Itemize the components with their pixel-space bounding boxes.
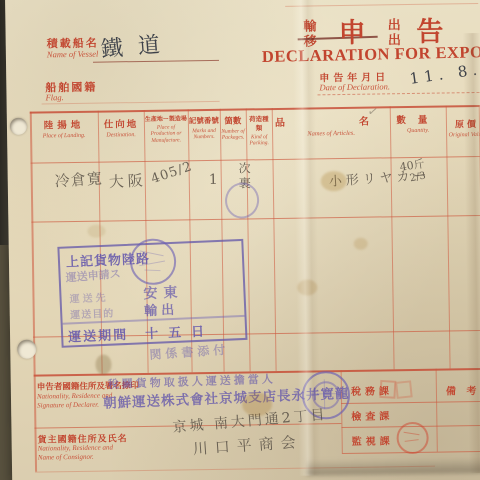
transport-purpose-value: 輸出 — [144, 299, 179, 319]
vessel-value-handwriting: 鐵 道 — [100, 28, 165, 64]
attachment-note: 関係書添付 — [149, 341, 230, 363]
col-header-marks: 記號番號 Marks and Numbers. — [189, 115, 219, 141]
customs-remarks-divider — [436, 369, 438, 452]
customs-row1-line — [341, 401, 480, 404]
flag-label-en: Flag. — [45, 92, 63, 102]
transport-purpose-label: 運送目的 — [70, 305, 115, 322]
center-fold-crease — [292, 0, 321, 476]
entry-destination: 大阪 — [108, 169, 147, 192]
paper-sheet: 積載船名 Name of Vessel 鐵 道 船舶國籍 Flag. 輸 出 移… — [5, 0, 480, 480]
col-header-quantity: 數量 Quantity. — [391, 111, 445, 135]
scanned-export-declaration: 積載船名 Name of Vessel 鐵 道 船舶國籍 Flag. 輸 出 移… — [0, 0, 480, 480]
grid-col7 — [390, 106, 395, 369]
transport-stamp-box: 上記貨物陸路 運送申請ス 運送先 安東 運送目的 輸出 運送期間 十五日 — [57, 239, 247, 348]
punch-hole-top — [10, 118, 27, 135]
declarer-label-en1: Nationality, Residence and — [37, 391, 112, 400]
grid-left-edge — [30, 112, 37, 472]
red-stamp-marks — [378, 378, 412, 401]
consignor-label-en1: Nationality, Residence and — [38, 443, 113, 452]
red-round-stamp — [396, 422, 428, 454]
consignor-label-en2: Name of Consignor. — [38, 453, 94, 462]
entry-packages: 1 — [209, 172, 218, 188]
stain-5 — [87, 225, 105, 238]
grid-col6 — [272, 108, 277, 371]
entry-landing: 冷倉寛 — [54, 167, 103, 191]
date-label-en: Date of Declaration. — [319, 81, 390, 92]
grid-col8 — [446, 105, 451, 368]
transport-stamp-line2: 運送申請ス — [65, 265, 121, 285]
col-header-production: 生產地ー製造場 Place of Production or Manufactu… — [145, 113, 187, 144]
right-edge-fold — [463, 33, 480, 473]
vessel-label-en: Name of Vessel — [47, 49, 99, 60]
stain-6 — [95, 354, 111, 374]
transport-stamp-seal — [129, 238, 177, 286]
stain-4 — [354, 238, 368, 250]
col-header-packing: 荷造種類 Kind of Packing. — [247, 114, 271, 147]
col-header-landing: 陸揚地 Place of Landing. — [32, 117, 96, 141]
transport-period-label: 運送期間 — [68, 324, 129, 346]
transport-period-value: 十五日 — [145, 320, 215, 342]
flag-underline — [42, 101, 220, 105]
consignor-name-handwriting: 川口平商会 — [192, 431, 303, 459]
transport-dest-label: 運送先 — [69, 289, 109, 306]
col-header-packages: 箇數 Number of Packages. — [221, 114, 245, 141]
declarer-label-en2: Signature of Declarer. — [37, 401, 99, 410]
small-purple-stamp — [223, 181, 261, 221]
bottom-edge-shadow — [307, 457, 480, 476]
date-underline — [318, 92, 480, 95]
entry-marks: 405/2 — [149, 159, 194, 187]
col-header-destination: 仕向地 Destination. — [99, 116, 143, 140]
customs-row-inspection: 檢查課 — [351, 407, 393, 423]
customs-row-surveillance: 監視課 — [352, 432, 394, 448]
